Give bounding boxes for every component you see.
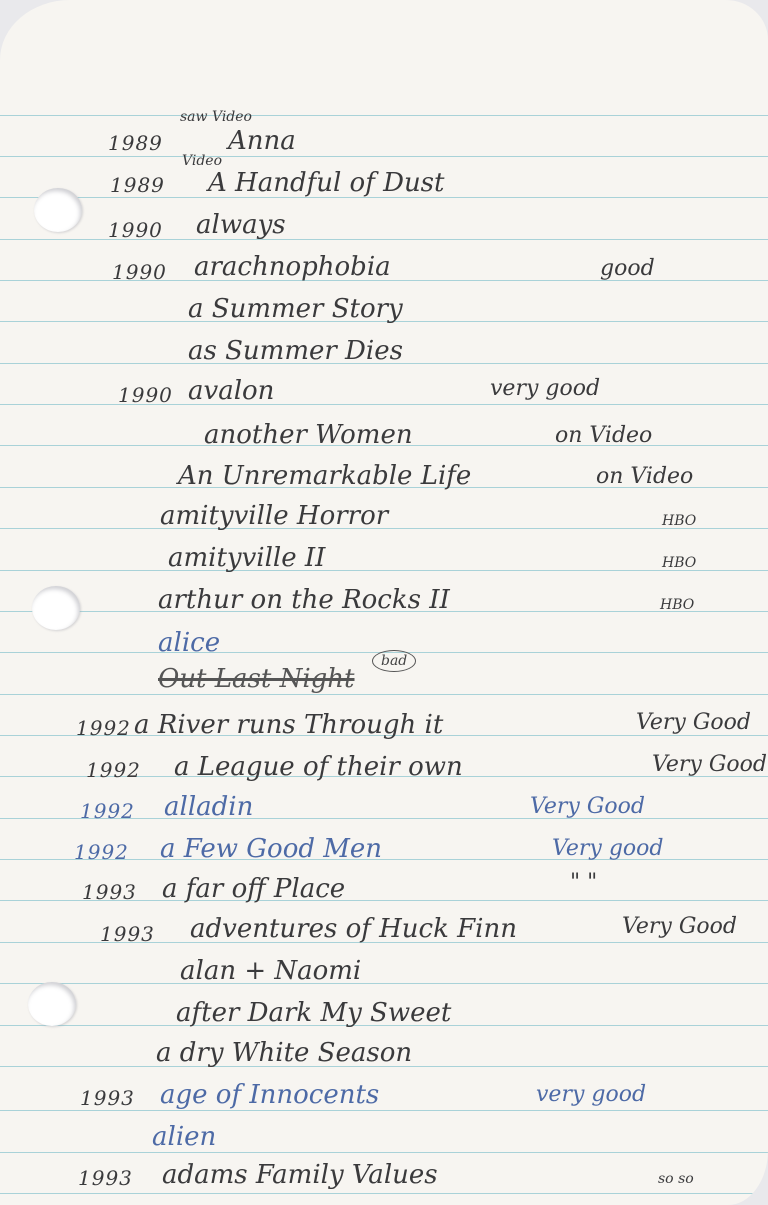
- entry-title: as Summer Dies: [188, 338, 403, 364]
- ruled-line: [0, 570, 768, 571]
- entry-note: so so: [658, 1172, 694, 1186]
- ruled-line: [0, 156, 768, 157]
- entry-title: a League of their own: [174, 754, 463, 780]
- binder-hole: [32, 586, 80, 630]
- entry-year: 1989: [108, 133, 163, 153]
- entry-title-struck: Out Last Night: [158, 666, 355, 692]
- ruled-line: [0, 115, 768, 116]
- entry-title: adventures of Huck Finn: [190, 916, 517, 942]
- entry-title: after Dark My Sweet: [176, 1000, 451, 1026]
- entry-title: always: [196, 212, 286, 238]
- entry-note: Very Good: [636, 712, 751, 734]
- entry-note: " ": [570, 872, 597, 894]
- entry-title: A Handful of Dust: [208, 170, 444, 196]
- binder-hole: [34, 188, 82, 232]
- entry-year: 1993: [82, 882, 137, 902]
- entry-year: 1992: [86, 760, 141, 780]
- notebook-page: saw Video 1989 Anna Video 1989 A Handful…: [0, 0, 768, 1205]
- entry-note: very good: [536, 1084, 646, 1106]
- entry-title: a dry White Season: [156, 1040, 412, 1066]
- entry-title: alan + Naomi: [180, 958, 361, 984]
- entry-annotation: saw Video: [180, 110, 252, 124]
- entry-note: HBO: [660, 598, 694, 612]
- ruled-line: [0, 694, 768, 695]
- ruled-line: [0, 1152, 768, 1153]
- entry-year: 1992: [80, 801, 135, 821]
- entry-note: HBO: [662, 514, 696, 528]
- entry-note-circled: bad: [372, 650, 416, 672]
- entry-year: 1992: [76, 718, 131, 738]
- entry-note: good: [600, 258, 655, 280]
- entry-title: An Unremarkable Life: [178, 463, 471, 489]
- entry-year: 1993: [100, 924, 155, 944]
- ruled-line: [0, 404, 768, 405]
- entry-title: amityville Horror: [160, 503, 388, 529]
- entry-year: 1990: [118, 385, 173, 405]
- entry-note: HBO: [662, 556, 696, 570]
- entry-year: 1993: [80, 1088, 135, 1108]
- entry-title: amityville II: [168, 545, 325, 571]
- ruled-line: [0, 1193, 768, 1194]
- entry-title: arthur on the Rocks II: [158, 587, 450, 613]
- binder-hole: [28, 982, 76, 1026]
- entry-title: avalon: [188, 378, 274, 404]
- entry-title: arachnophobia: [194, 254, 391, 280]
- entry-year: 1990: [112, 262, 167, 282]
- entry-title: age of Innocents: [160, 1082, 379, 1108]
- entry-note: Very Good: [622, 916, 737, 938]
- entry-title: a River runs Through it: [134, 712, 443, 738]
- entry-title: a Summer Story: [188, 296, 403, 322]
- ruled-line: [0, 983, 768, 984]
- entry-note: Very Good: [652, 754, 767, 776]
- entry-title: Anna: [228, 128, 296, 154]
- entry-title: alice: [158, 630, 220, 656]
- entry-title: alladin: [164, 794, 253, 820]
- entry-note: Very Good: [530, 796, 645, 818]
- entry-title: a far off Place: [162, 876, 345, 902]
- entry-title: another Women: [204, 422, 413, 448]
- ruled-line: [0, 1110, 768, 1111]
- entry-note: Very good: [552, 838, 663, 860]
- entry-annotation: Video: [182, 154, 222, 168]
- entry-year: 1990: [108, 220, 163, 240]
- entry-year: 1989: [110, 175, 165, 195]
- entry-note: on Video: [555, 425, 652, 447]
- entry-year: 1993: [78, 1168, 133, 1188]
- entry-title: alien: [152, 1124, 216, 1150]
- entry-note: on Video: [596, 466, 693, 488]
- entry-year: 1992: [74, 842, 129, 862]
- entry-title: adams Family Values: [162, 1162, 438, 1188]
- entry-note: very good: [490, 378, 600, 400]
- entry-title: a Few Good Men: [160, 836, 382, 862]
